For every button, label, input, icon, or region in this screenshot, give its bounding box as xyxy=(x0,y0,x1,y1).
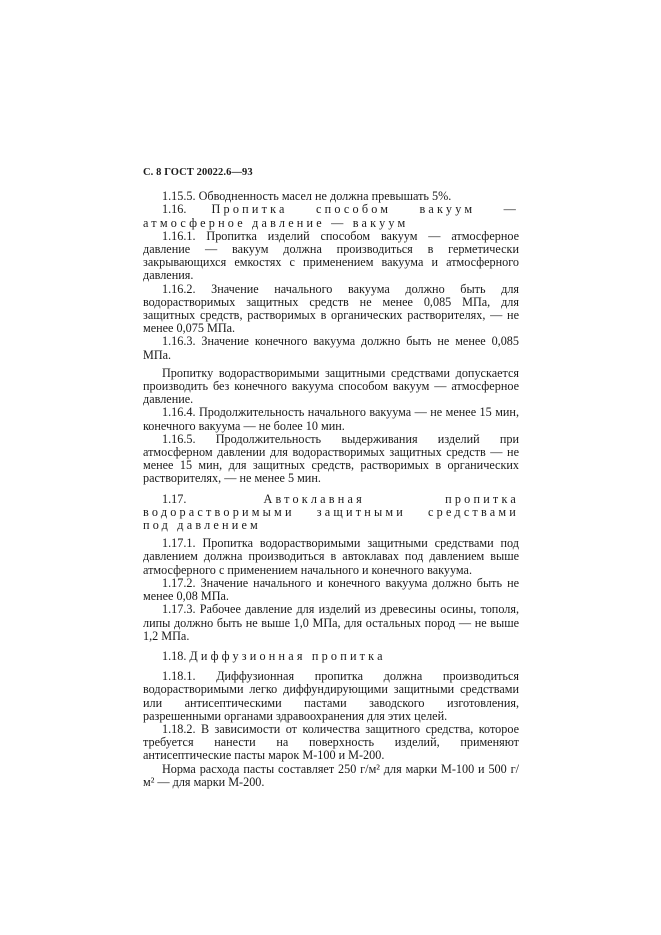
clause-number: 1.16.5. xyxy=(162,432,196,446)
clause-number: 1.17. xyxy=(162,492,186,506)
paragraph-note-vacuum: Пропитку водорастворимыми защитными сред… xyxy=(143,367,519,407)
clause-number: 1.17.3. xyxy=(162,602,196,616)
page-header: С. 8 ГОСТ 20022.6—93 xyxy=(143,166,519,179)
clause-text: Норма расхода пасты составляет 250 г/м² … xyxy=(143,762,519,789)
paragraph-1-16-3: 1.16.3. Значение конечного вакуума должн… xyxy=(143,335,519,361)
clause-number: 1.17.1. xyxy=(162,536,196,550)
paragraph-1-16-1: 1.16.1. Пропитка изделий способом вакуум… xyxy=(143,230,519,283)
clause-number: 1.16. xyxy=(162,202,186,216)
section-title: Автоклавная пропитка водорастворимыми за… xyxy=(143,492,519,532)
section-heading-1-18: 1.18. Диффузионная пропитка xyxy=(143,650,519,663)
paragraph-1-17-3: 1.17.3. Рабочее давление для изделий из … xyxy=(143,603,519,643)
paragraph-1-17-1: 1.17.1. Пропитка водорастворимыми защитн… xyxy=(143,537,519,577)
clause-text: Диффузионная пропитка должна производить… xyxy=(143,669,519,723)
clause-number: 1.17.2. xyxy=(162,576,196,590)
clause-text: Пропитка водорастворимыми защитными сред… xyxy=(143,536,519,576)
clause-text: Обводненность масел не должна превышать … xyxy=(199,189,452,203)
paragraph-1-16-2: 1.16.2. Значение начального вакуума долж… xyxy=(143,283,519,336)
paragraph-1-18-2: 1.18.2. В зависимости от количества защи… xyxy=(143,723,519,763)
document-page: С. 8 ГОСТ 20022.6—93 1.15.5. Обводненнос… xyxy=(143,166,519,789)
clause-text: Значение конечного вакуума должно быть н… xyxy=(143,334,519,361)
clause-text: Значение начального вакуума должно быть … xyxy=(143,282,519,336)
clause-number: 1.18.1. xyxy=(162,669,196,683)
paragraph-1-16-5: 1.16.5. Продолжительность выдерживания и… xyxy=(143,433,519,486)
clause-number: 1.16.2. xyxy=(162,282,196,296)
clause-number: 1.16.3. xyxy=(162,334,196,348)
clause-text: В зависимости от количества защитного ср… xyxy=(143,722,519,762)
clause-text: Продолжительность выдерживания изделий п… xyxy=(143,432,519,486)
clause-number: 1.16.1. xyxy=(162,229,196,243)
clause-text: Рабочее давление для изделий из древесин… xyxy=(143,602,519,642)
section-title: Пропитка способом вакуум — атмосферное д… xyxy=(143,202,519,229)
clause-text: Пропитку водорастворимыми защитными сред… xyxy=(143,366,519,406)
paragraph-paste-rate: Норма расхода пасты составляет 250 г/м² … xyxy=(143,763,519,789)
paragraph-1-16-4: 1.16.4. Продолжительность начального вак… xyxy=(143,406,519,432)
section-heading-1-16: 1.16. Пропитка способом вакуум — атмосфе… xyxy=(143,203,519,229)
clause-text: Значение начального и конечного вакуума … xyxy=(143,576,519,603)
clause-text: Продолжительность начального вакуума — н… xyxy=(143,405,519,432)
paragraph-1-18-1: 1.18.1. Диффузионная пропитка должна про… xyxy=(143,670,519,723)
clause-number: 1.18. xyxy=(162,649,186,663)
clause-number: 1.15.5. xyxy=(162,189,196,203)
paragraph-1-17-2: 1.17.2. Значение начального и конечного … xyxy=(143,577,519,603)
clause-text: Пропитка изделий способом вакуум — атмос… xyxy=(143,229,519,283)
section-heading-1-17: 1.17. Автоклавная пропитка водорастворим… xyxy=(143,493,519,533)
clause-number: 1.18.2. xyxy=(162,722,196,736)
section-title: Диффузионная пропитка xyxy=(189,649,385,663)
clause-number: 1.16.4. xyxy=(162,405,196,419)
